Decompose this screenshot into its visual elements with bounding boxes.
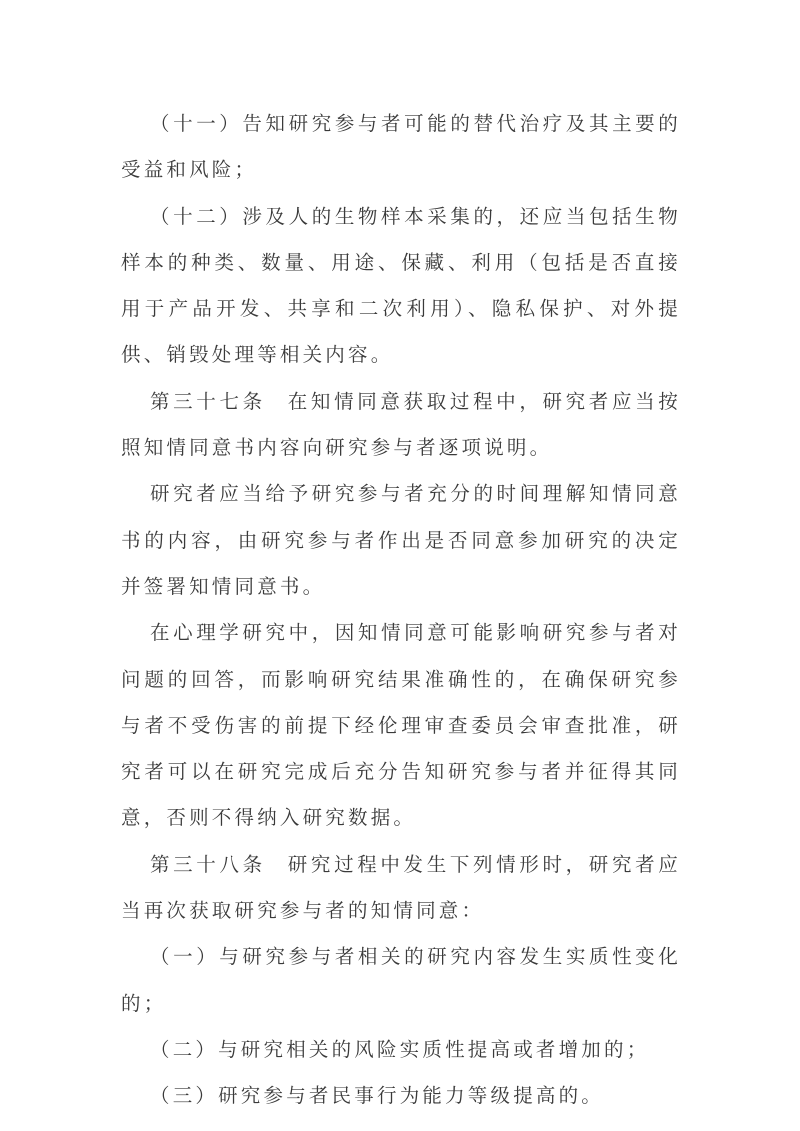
list-item-two: （二）与研究相关的风险实质性提高或者增加的； bbox=[121, 1027, 681, 1073]
document-body: （十一）告知研究参与者可能的替代治疗及其主要的受益和风险； （十二）涉及人的生物… bbox=[121, 101, 681, 1120]
list-item-three: （三）研究参与者民事行为能力等级提高的。 bbox=[121, 1073, 681, 1119]
list-item-one: （一）与研究参与者相关的研究内容发生实质性变化的； bbox=[121, 934, 681, 1027]
article-number: 第三十七条 bbox=[150, 390, 266, 413]
body-paragraph-sign-consent: 研究者应当给予研究参与者充分的时间理解知情同意书的内容，由研究参与者作出是否同意… bbox=[121, 471, 681, 610]
clause-eleven: （十一）告知研究参与者可能的替代治疗及其主要的受益和风险； bbox=[121, 101, 681, 194]
article-number: 第三十八条 bbox=[150, 853, 266, 876]
article-37: 第三十七条在知情同意获取过程中，研究者应当按照知情同意书内容向研究参与者逐项说明… bbox=[121, 379, 681, 472]
clause-twelve: （十二）涉及人的生物样本采集的，还应当包括生物样本的种类、数量、用途、保藏、利用… bbox=[121, 194, 681, 379]
body-paragraph-psychology: 在心理学研究中，因知情同意可能影响研究参与者对问题的回答，而影响研究结果准确性的… bbox=[121, 610, 681, 841]
document-page: （十一）告知研究参与者可能的替代治疗及其主要的受益和风险； （十二）涉及人的生物… bbox=[0, 0, 800, 1131]
article-38: 第三十八条研究过程中发生下列情形时，研究者应当再次获取研究参与者的知情同意： bbox=[121, 842, 681, 935]
